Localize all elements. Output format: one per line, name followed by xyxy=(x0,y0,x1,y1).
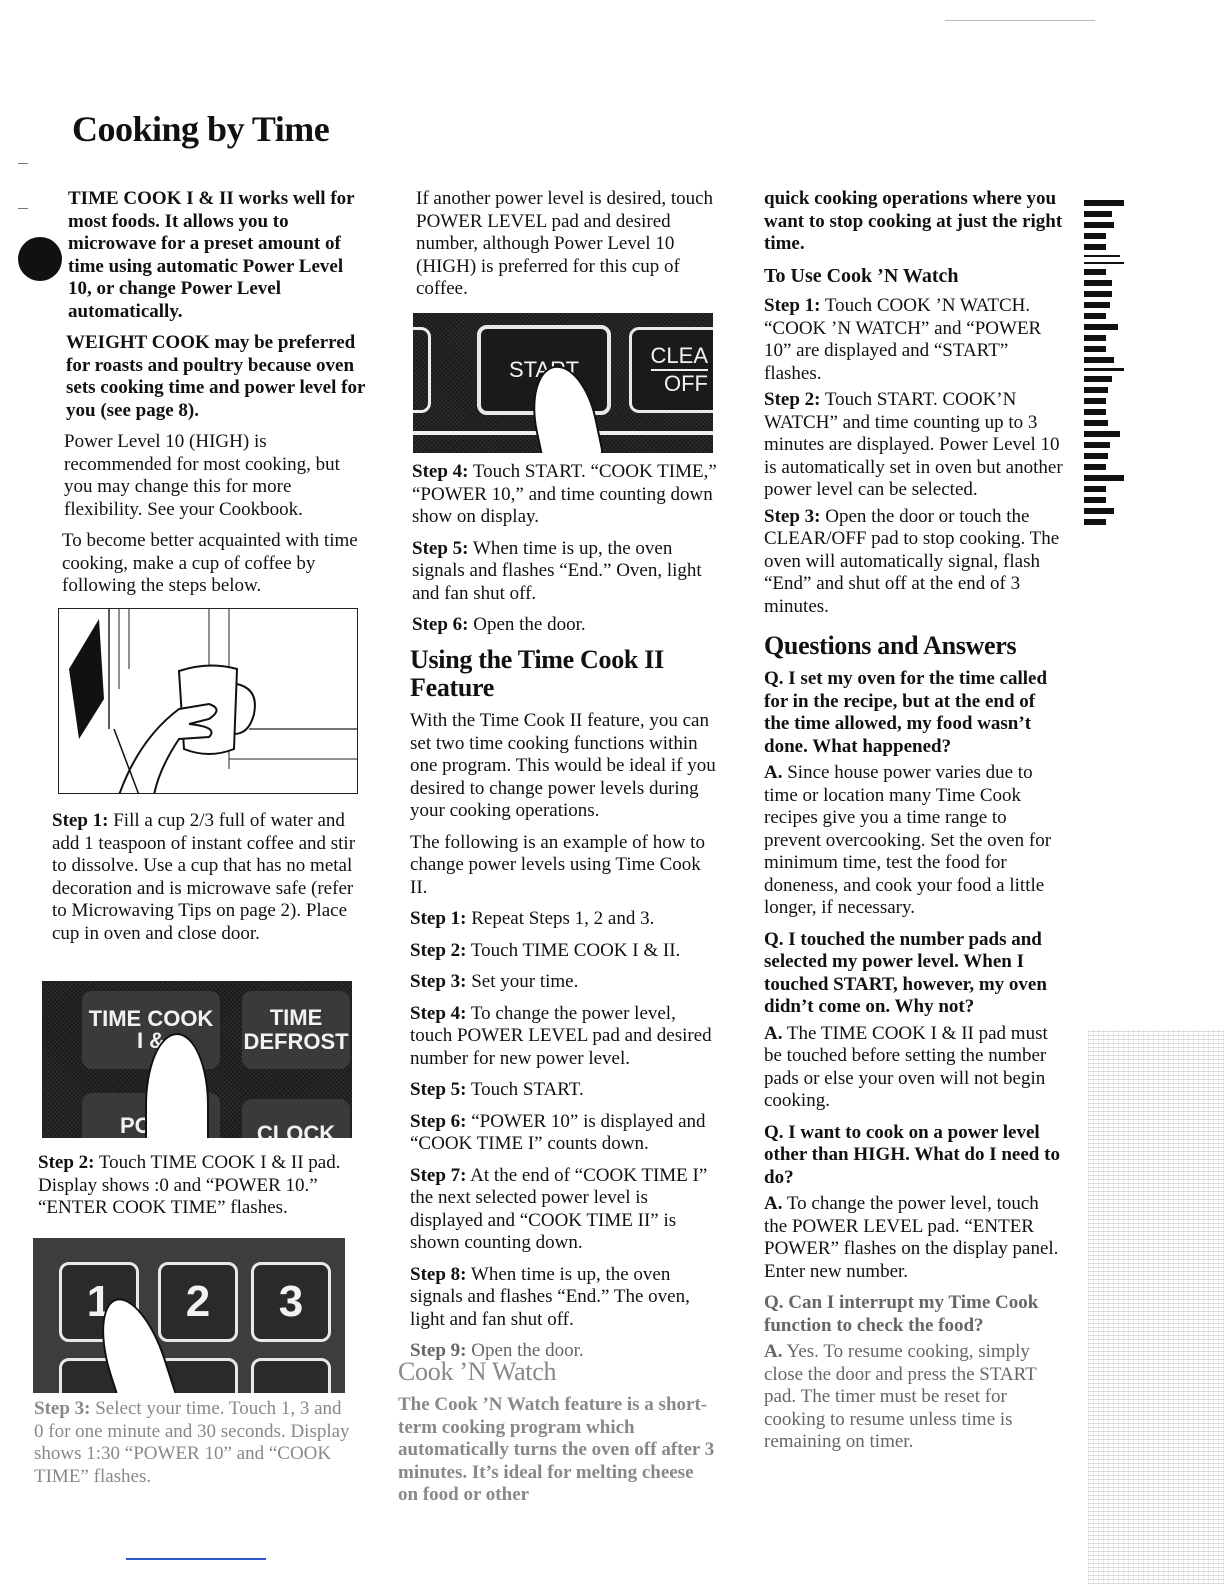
step-label: Step 3: xyxy=(34,1398,90,1419)
qa-item: Q. I set my oven for the time called for… xyxy=(764,668,1064,920)
step-label: Step 1: xyxy=(764,295,820,316)
scan-edge-noise xyxy=(1088,1030,1224,1584)
qa-answer-label: A. xyxy=(764,1023,782,1044)
time-cook-ii-example: The following is an example of how to ch… xyxy=(410,832,722,900)
page-title: Cooking by Time xyxy=(72,108,329,150)
cup-in-oven-illustration xyxy=(58,608,358,794)
tc2-step: Step 5: Touch START. xyxy=(410,1079,722,1102)
step-label: Step 2: xyxy=(38,1152,94,1173)
pad-label: CLEA xyxy=(651,343,708,371)
column-3: quick cooking operations where you want … xyxy=(764,188,1064,1463)
time-cook-ii-intro: With the Time Cook II feature, you can s… xyxy=(410,710,722,823)
step-label: Step 8: xyxy=(410,1264,466,1285)
pad-label: DEFROST xyxy=(243,1030,348,1054)
pad-label: CLOCK xyxy=(257,1121,335,1138)
step-text: Touch TIME COOK I & II. xyxy=(466,940,680,961)
step-text: Repeat Steps 1, 2 and 3. xyxy=(466,908,654,929)
qa-answer: Yes. To resume cooking, simply close the… xyxy=(764,1341,1036,1452)
qa-question: Q. Can I interrupt my Time Cook function… xyxy=(764,1292,1064,1337)
step-label: Step 6: xyxy=(410,1111,466,1132)
tc2-step: Step 2: Touch TIME COOK I & II. xyxy=(410,940,722,963)
other-power-text: If another power level is desired, touch… xyxy=(416,188,716,301)
qa-question: Q. I want to cook on a power level other… xyxy=(764,1122,1064,1190)
cook-n-watch-section: Cook ’N Watch The Cook ’N Watch feature … xyxy=(398,1348,718,1516)
time-cook-pad-illustration: TIME COOK I & TIME DEFROST PO CLOCK xyxy=(42,981,352,1138)
pad-digit: 3 xyxy=(279,1277,303,1327)
blank-pad xyxy=(413,327,431,413)
weight-cook-paragraph: WEIGHT COOK may be preferred for roasts … xyxy=(66,332,368,422)
bottom-link-rule xyxy=(126,1558,266,1560)
qa-item: Q. I touched the number pads and selecte… xyxy=(764,929,1064,1113)
coffee-steps-4-6: Step 4: Touch START. “COOK TIME,” “POWER… xyxy=(412,461,722,646)
coffee-step-1: Step 1: Fill a cup 2/3 full of water and… xyxy=(52,810,362,954)
number-pad-6 xyxy=(251,1358,331,1393)
tc2-step: Step 8: When time is up, the oven signal… xyxy=(410,1264,722,1332)
step-label: Step 3: xyxy=(410,971,466,992)
step-label: Step 2: xyxy=(410,940,466,961)
step-label: Step 1: xyxy=(52,810,108,831)
qa-answer: The TIME COOK I & II pad must be touched… xyxy=(764,1023,1048,1112)
start-pad-illustration: START CLEA OFF xyxy=(413,313,713,453)
coffee-intro: To become better acquainted with time co… xyxy=(62,530,368,598)
tc2-step: Step 4: To change the power level, touch… xyxy=(410,1003,722,1071)
cnw-step: Step 2: Touch START. COOK’N WATCH” and t… xyxy=(764,389,1064,502)
cnw-step: Step 3: Open the door or touch the CLEAR… xyxy=(764,506,1064,619)
step-label: Step 5: xyxy=(412,538,468,559)
weight-cook-term: WEIGHT COOK xyxy=(66,332,210,353)
tc2-step: Step 3: Set your time. xyxy=(410,971,722,994)
time-defrost-pad: TIME DEFROST xyxy=(242,991,350,1069)
step-text: Set your time. xyxy=(466,971,578,992)
qa-answer-label: A. xyxy=(764,1193,782,1214)
section-heading-cook-n-watch: Cook ’N Watch xyxy=(398,1358,718,1386)
section-heading-questions-answers: Questions and Answers xyxy=(764,632,1064,660)
cook-n-watch-intro: The Cook ’N Watch feature is a short-ter… xyxy=(398,1394,718,1507)
power-level-note: Power Level 10 (HIGH) is recommended for… xyxy=(64,431,368,521)
qa-item: Q. I want to cook on a power level other… xyxy=(764,1122,1064,1284)
step-label: Step 7: xyxy=(410,1165,466,1186)
scan-top-rule xyxy=(945,20,1095,21)
clear-off-pad: CLEA OFF xyxy=(629,327,713,413)
binder-hole-dot xyxy=(18,237,62,281)
coffee-step-2: Step 2: Touch TIME COOK I & II pad. Disp… xyxy=(38,1152,358,1229)
time-cook-ii-section: Using the Time Cook II Feature With the … xyxy=(410,636,722,1372)
coffee-step-3: Step 3: Select your time. Touch 1, 3 and… xyxy=(34,1398,354,1497)
step-text: Touch START. xyxy=(466,1079,583,1100)
edge-index-marks xyxy=(1084,200,1134,530)
cook-n-watch-intro-continued: quick cooking operations where you want … xyxy=(764,188,1064,256)
step-label: Step 2: xyxy=(764,389,820,410)
pad-digit: 2 xyxy=(186,1277,210,1327)
step-label: Step 4: xyxy=(412,461,468,482)
number-pad-illustration: 1 2 3 xyxy=(33,1238,345,1393)
qa-answer: Since house power varies due to time or … xyxy=(764,762,1051,918)
qa-question: Q. I set my oven for the time called for… xyxy=(764,668,1064,758)
step-label: Step 5: xyxy=(410,1079,466,1100)
tc2-step: Step 6: “POWER 10” is displayed and “COO… xyxy=(410,1111,722,1156)
hand-holding-cup-icon xyxy=(59,609,358,794)
number-pad-2: 2 xyxy=(158,1262,238,1342)
intro-paragraph: TIME COOK I & II works well for most foo… xyxy=(68,188,368,323)
step-label: Step 3: xyxy=(764,506,820,527)
step-text: Open the door. xyxy=(468,614,585,635)
margin-mark xyxy=(18,163,28,164)
tc2-step: Step 1: Repeat Steps 1, 2 and 3. xyxy=(410,908,722,931)
column-1-intro: TIME COOK I & II works well for most foo… xyxy=(68,188,368,607)
cnw-step: Step 1: Touch COOK ’N WATCH. “COOK ’N WA… xyxy=(764,295,1064,385)
number-pad-3: 3 xyxy=(251,1262,331,1342)
subheading-to-use-cook-n-watch: To Use Cook ’N Watch xyxy=(764,265,1064,288)
qa-answer-label: A. xyxy=(764,1341,782,1362)
pad-label: OFF xyxy=(664,371,708,397)
other-power-paragraph: If another power level is desired, touch… xyxy=(416,188,716,310)
section-heading-time-cook-ii: Using the Time Cook II Feature xyxy=(410,646,690,702)
step-label: Step 4: xyxy=(410,1003,466,1024)
tc2-step: Step 7: At the end of “COOK TIME I” the … xyxy=(410,1165,722,1255)
pad-label: TIME xyxy=(270,1006,323,1030)
margin-mark xyxy=(18,208,28,209)
qa-question: Q. I touched the number pads and selecte… xyxy=(764,929,1064,1019)
qa-answer: To change the power level, touch the POW… xyxy=(764,1193,1058,1282)
pad-label: TIME COOK xyxy=(89,1008,214,1030)
qa-answer-label: A. xyxy=(764,762,782,783)
step-label: Step 1: xyxy=(410,908,466,929)
qa-item: Q. Can I interrupt my Time Cook function… xyxy=(764,1292,1064,1454)
clock-pad: CLOCK xyxy=(242,1099,350,1138)
step-label: Step 6: xyxy=(412,614,468,635)
